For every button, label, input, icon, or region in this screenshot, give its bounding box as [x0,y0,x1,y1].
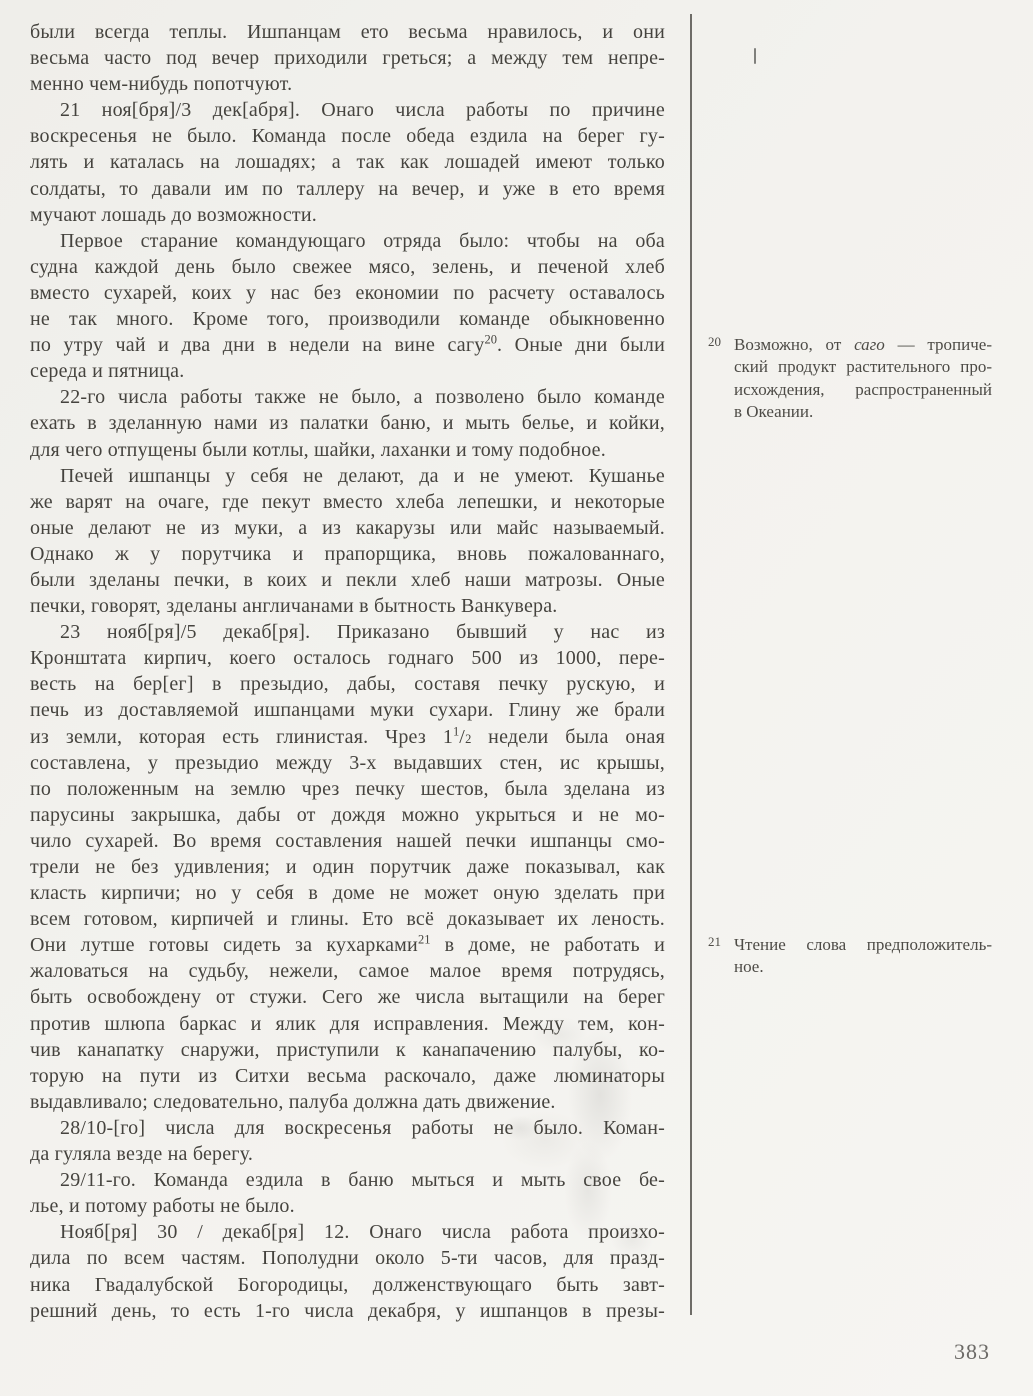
paragraph: Нояб[ря] 30 / декаб[ря] 12. Онаго числа … [30,1219,665,1323]
text-line: воскресенья не было. Команда после обеда… [30,123,665,149]
text-line: ника Гвадалубской Богородицы, долженству… [30,1272,665,1298]
page-number: 383 [954,1339,1002,1365]
text-line: мучают лошадь до возможности. [30,202,665,228]
paragraph: 23 нояб[ря]/5 декаб[ря]. Приказано бывши… [30,619,665,1115]
text-line: были всегда теплы. Ишпанцам ето весьма н… [30,19,665,45]
book-page: были всегда теплы. Ишпанцам ето весьма н… [0,0,1033,1396]
text-line: Однако ж у порутчика и прапорщика, вновь… [30,541,665,567]
paragraph: 22-го числа работы также не было, а позв… [30,384,665,462]
text-line: 28/10-[го] числа для воскресенья работы … [30,1115,665,1141]
text-line: Кронштата кирпич, коего осталось годнаго… [30,645,665,671]
footnote-20: 20Возможно, от саго — тропиче-ский проду… [734,334,992,424]
text-line: 29/11-го. Команда ездила в баню мыться и… [30,1167,665,1193]
text-line: Нояб[ря] 30 / декаб[ря] 12. Онаго числа … [30,1219,665,1245]
footnote-line: в Океании. [734,401,992,423]
text-line: парусины закрышка, дабы от дождя можно у… [30,802,665,828]
text-line: 21 ноя[бря]/3 дек[абря]. Онаго числа раб… [30,97,665,123]
text-line: же варят на очаге, где пекут вместо хлеб… [30,489,665,515]
text-line: 22-го числа работы также не было, а позв… [30,384,665,410]
footnote-marker: 21 [708,931,721,953]
text-line: решний день, то есть 1-го числа декабря,… [30,1298,665,1324]
text-line: для чего отпущены были котлы, шайки, лах… [30,437,665,463]
footnote-line: ное. [734,956,992,978]
text-line: лье, и потому работы не было. [30,1193,665,1219]
text-line: из земли, которая есть глинистая. Чрез 1… [30,724,665,750]
paragraph: 28/10-[го] числа для воскресенья работы … [30,1115,665,1167]
text-line: не так много. Кроме того, производили ко… [30,306,665,332]
text-line: против шлюпа баркас и ялик для исправлен… [30,1011,665,1037]
text-line: трели не без удивления; и один порутчик … [30,854,665,880]
text-line: по положенным на землю чрез печку шестов… [30,776,665,802]
text-line: Первое старание командующаго отряда было… [30,228,665,254]
text-line: 23 нояб[ря]/5 декаб[ря]. Приказано бывши… [30,619,665,645]
text-line: дила по всем частям. Пополудни около 5-т… [30,1245,665,1271]
paragraph: 21 ноя[бря]/3 дек[абря]. Онаго числа раб… [30,97,665,227]
footnote-line: Чтение слова предположитель- [734,934,992,956]
text-line: были зделаны печки, в коих и пекли хлеб … [30,567,665,593]
footnote-line: Возможно, от саго — тропиче- [734,334,992,356]
text-line: менно чем-нибудь попотчуют. [30,71,665,97]
scan-artifact-dash [754,48,756,64]
paragraph: 29/11-го. Команда ездила в баню мыться и… [30,1167,665,1219]
text-line: составлена, у презыдио между 3-х выдавши… [30,750,665,776]
text-line: ехать в зделанную нами из палатки баню, … [30,410,665,436]
text-line: быть освобождену от стужи. Сего же числа… [30,984,665,1010]
footnote-marker: 20 [708,331,721,353]
text-line: Они лутше готовы сидеть за кухарками21 в… [30,932,665,958]
text-line: весть на бер[ег] в презыдио, дабы, соста… [30,671,665,697]
text-line: солдаты, то давали им по таллеру на вече… [30,176,665,202]
column-divider-rule [690,14,692,1315]
text-line: оные делают не из муки, а из какарузы ил… [30,515,665,541]
main-text-column: были всегда теплы. Ишпанцам ето весьма н… [30,19,665,1324]
text-line: весьма часто под вечер приходили греться… [30,45,665,71]
text-line: Печей ишпанцы у себя не делают, да и не … [30,463,665,489]
text-line: печки, говорят, зделаны англичанами в бы… [30,593,665,619]
paragraph: Печей ишпанцы у себя не делают, да и не … [30,463,665,620]
text-line: по утру чай и два дни в недели на вине с… [30,332,665,358]
text-line: жаловаться на судьбу, нежели, самое мало… [30,958,665,984]
text-line: середа и пятница. [30,358,665,384]
text-line: судна каждой день было свежее мясо, зеле… [30,254,665,280]
footnote-21: 21Чтение слова предположитель-ное. [734,934,992,979]
paragraph: Первое старание командующаго отряда было… [30,228,665,385]
text-line: да гуляла везде на берегу. [30,1141,665,1167]
footnote-line: исхождения, распространенный [734,379,992,401]
text-line: лять и каталась на лошадях; а так как ло… [30,149,665,175]
text-line: выдавливало; следовательно, палуба должн… [30,1089,665,1115]
text-line: чило сухарей. Во время составления нашей… [30,828,665,854]
text-line: всем готовом, кирпичей и глины. Ето всё … [30,906,665,932]
text-line: торую на пути из Ситхи весьма раскочало,… [30,1063,665,1089]
text-line: печь из доставляемой ишпанцами муки суха… [30,697,665,723]
text-line: класть кирпичи; но у себя в доме не може… [30,880,665,906]
text-line: чив канапатку снаружи, приступили к кана… [30,1037,665,1063]
footnote-line: ский продукт растительного про- [734,356,992,378]
text-line: вместо сухарей, коих у нас без економии … [30,280,665,306]
paragraph: были всегда теплы. Ишпанцам ето весьма н… [30,19,665,97]
